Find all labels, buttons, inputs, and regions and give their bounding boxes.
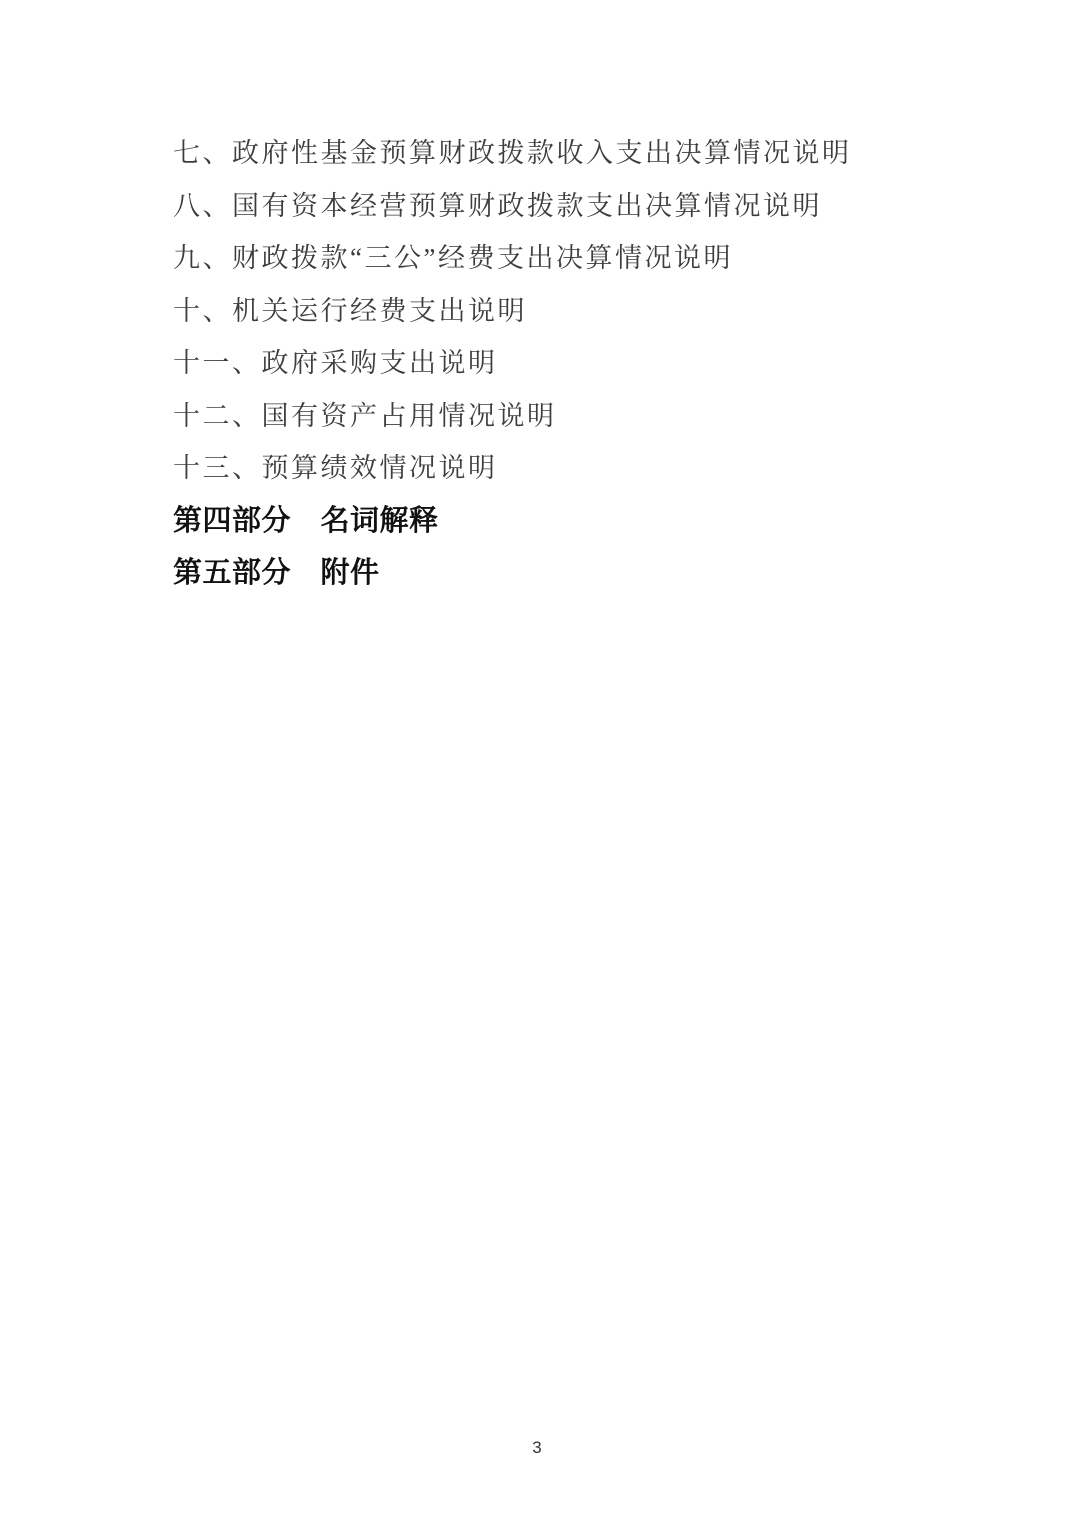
toc-entry-seven: 七、政府性基金预算财政拨款收入支出决算情况说明 xyxy=(173,127,1014,180)
section-heading-part-five: 第五部分 附件 xyxy=(173,547,1014,600)
toc-entry-twelve: 十二、国有资产占用情况说明 xyxy=(173,390,1014,443)
section-heading-part-four: 第四部分 名词解释 xyxy=(173,495,1014,548)
toc-entry-thirteen: 十三、预算绩效情况说明 xyxy=(173,442,1014,495)
toc-entry-ten: 十、机关运行经费支出说明 xyxy=(173,285,1014,338)
toc-entry-nine: 九、财政拨款“三公”经费支出决算情况说明 xyxy=(173,232,1014,285)
table-of-contents: 七、政府性基金预算财政拨款收入支出决算情况说明 八、国有资本经营预算财政拨款支出… xyxy=(173,127,1014,600)
document-page: 七、政府性基金预算财政拨款收入支出决算情况说明 八、国有资本经营预算财政拨款支出… xyxy=(0,0,1074,1520)
toc-entry-eleven: 十一、政府采购支出说明 xyxy=(173,337,1014,390)
page-number: 3 xyxy=(0,1436,1074,1460)
toc-entry-eight: 八、国有资本经营预算财政拨款支出决算情况说明 xyxy=(173,180,1014,233)
